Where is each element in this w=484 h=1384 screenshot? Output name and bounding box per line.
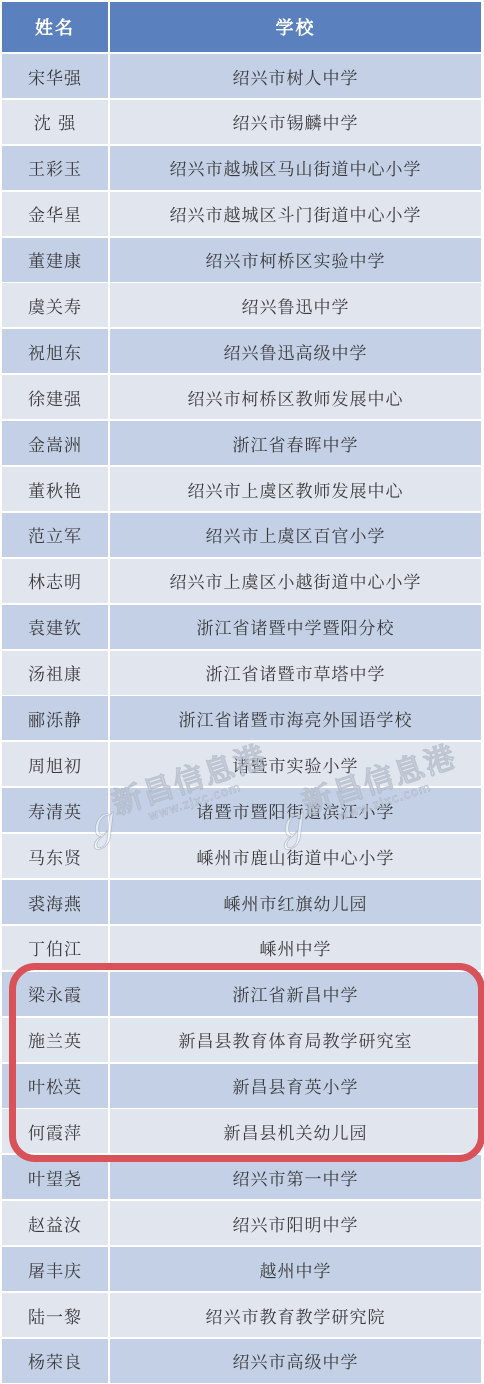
name-cell: 寿清英 bbox=[2, 788, 108, 832]
name-cell: 王彩玉 bbox=[2, 146, 108, 190]
school-cell: 绍兴市上虞区百官小学 bbox=[110, 513, 481, 557]
table-row: 沈 强绍兴市锡麟中学 bbox=[2, 100, 481, 144]
school-cell: 绍兴市教育教学研究院 bbox=[110, 1293, 481, 1337]
name-cell: 赵益汝 bbox=[2, 1201, 108, 1245]
table-row: 金华星绍兴市越城区斗门街道中心小学 bbox=[2, 192, 481, 236]
name-cell: 丁伯江 bbox=[2, 926, 108, 970]
name-cell: 施兰英 bbox=[2, 1018, 108, 1062]
table-row: 丁伯江嵊州中学 bbox=[2, 926, 481, 970]
table-row: 范立军绍兴市上虞区百官小学 bbox=[2, 513, 481, 557]
name-cell: 董秋艳 bbox=[2, 467, 108, 511]
table-row: 屠丰庆越州中学 bbox=[2, 1247, 481, 1291]
table-row: 陆一黎绍兴市教育教学研究院 bbox=[2, 1293, 481, 1337]
table-row: 施兰英新昌县教育体育局教学研究室 bbox=[2, 1018, 481, 1062]
name-cell: 梁永霞 bbox=[2, 972, 108, 1016]
table-row: 董秋艳绍兴市上虞区教师发展中心 bbox=[2, 467, 481, 511]
name-cell: 屠丰庆 bbox=[2, 1247, 108, 1291]
school-cell: 绍兴市高级中学 bbox=[110, 1339, 481, 1383]
name-cell: 马东贤 bbox=[2, 834, 108, 878]
name-cell: 袁建钦 bbox=[2, 605, 108, 649]
table-body: 宋华强绍兴市树人中学沈 强绍兴市锡麟中学王彩玉绍兴市越城区马山街道中心小学金华星… bbox=[2, 54, 481, 1383]
school-cell: 浙江省新昌中学 bbox=[110, 972, 481, 1016]
table-row: 金嵩洲浙江省春晖中学 bbox=[2, 421, 481, 465]
school-cell: 绍兴市锡麟中学 bbox=[110, 100, 481, 144]
name-cell: 宋华强 bbox=[2, 54, 108, 98]
school-cell: 嵊州中学 bbox=[110, 926, 481, 970]
name-cell: 汤祖康 bbox=[2, 651, 108, 695]
name-cell: 徐建强 bbox=[2, 375, 108, 419]
school-cell: 越州中学 bbox=[110, 1247, 481, 1291]
school-cell: 新昌县教育体育局教学研究室 bbox=[110, 1018, 481, 1062]
name-cell: 陆一黎 bbox=[2, 1293, 108, 1337]
table-row: 梁永霞浙江省新昌中学 bbox=[2, 972, 481, 1016]
name-cell: 郦泺静 bbox=[2, 696, 108, 740]
header-school: 学校 bbox=[110, 2, 481, 52]
name-cell: 林志明 bbox=[2, 559, 108, 603]
school-cell: 绍兴市越城区马山街道中心小学 bbox=[110, 146, 481, 190]
school-cell: 新昌县育英小学 bbox=[110, 1064, 481, 1108]
school-cell: 浙江省春晖中学 bbox=[110, 421, 481, 465]
school-cell: 绍兴鲁迅高级中学 bbox=[110, 329, 481, 373]
table-row: 周旭初诸暨市实验小学 bbox=[2, 742, 481, 786]
school-cell: 绍兴市上虞区教师发展中心 bbox=[110, 467, 481, 511]
teacher-school-table: 姓名 学校 宋华强绍兴市树人中学沈 强绍兴市锡麟中学王彩玉绍兴市越城区马山街道中… bbox=[2, 2, 481, 1384]
school-cell: 绍兴市柯桥区教师发展中心 bbox=[110, 375, 481, 419]
school-cell: 绍兴市树人中学 bbox=[110, 54, 481, 98]
name-cell: 虞关寿 bbox=[2, 283, 108, 327]
header-name: 姓名 bbox=[2, 2, 108, 52]
school-cell: 浙江省诸暨中学暨阳分校 bbox=[110, 605, 481, 649]
table-row: 祝旭东绍兴鲁迅高级中学 bbox=[2, 329, 481, 373]
table-row: 叶望尧绍兴市第一中学 bbox=[2, 1155, 481, 1199]
table-row: 宋华强绍兴市树人中学 bbox=[2, 54, 481, 98]
school-cell: 绍兴市上虞区小越街道中心小学 bbox=[110, 559, 481, 603]
name-cell: 杨荣良 bbox=[2, 1339, 108, 1383]
name-cell: 沈 强 bbox=[2, 100, 108, 144]
school-cell: 嵊州市鹿山街道中心小学 bbox=[110, 834, 481, 878]
table-row: 袁建钦浙江省诸暨中学暨阳分校 bbox=[2, 605, 481, 649]
school-cell: 浙江省诸暨市海亮外国语学校 bbox=[110, 696, 481, 740]
table-header-row: 姓名 学校 bbox=[2, 2, 481, 52]
school-cell: 绍兴市第一中学 bbox=[110, 1155, 481, 1199]
name-cell: 周旭初 bbox=[2, 742, 108, 786]
school-cell: 绍兴市柯桥区实验中学 bbox=[110, 238, 481, 282]
table-row: 徐建强绍兴市柯桥区教师发展中心 bbox=[2, 375, 481, 419]
table-row: 何霞萍新昌县机关幼儿园 bbox=[2, 1109, 481, 1153]
table-row: 王彩玉绍兴市越城区马山街道中心小学 bbox=[2, 146, 481, 190]
table-row: 赵益汝绍兴市阳明中学 bbox=[2, 1201, 481, 1245]
table-row: 马东贤嵊州市鹿山街道中心小学 bbox=[2, 834, 481, 878]
table-row: 虞关寿绍兴鲁迅中学 bbox=[2, 283, 481, 327]
table-row: 董建康绍兴市柯桥区实验中学 bbox=[2, 238, 481, 282]
school-cell: 嵊州市红旗幼儿园 bbox=[110, 880, 481, 924]
table-row: 杨荣良绍兴市高级中学 bbox=[2, 1339, 481, 1383]
name-cell: 叶望尧 bbox=[2, 1155, 108, 1199]
name-cell: 范立军 bbox=[2, 513, 108, 557]
name-cell: 金嵩洲 bbox=[2, 421, 108, 465]
school-cell: 诸暨市实验小学 bbox=[110, 742, 481, 786]
school-cell: 诸暨市暨阳街道滨江小学 bbox=[110, 788, 481, 832]
name-cell: 何霞萍 bbox=[2, 1109, 108, 1153]
name-cell: 董建康 bbox=[2, 238, 108, 282]
table-row: 汤祖康浙江省诸暨市草塔中学 bbox=[2, 651, 481, 695]
table-row: 郦泺静浙江省诸暨市海亮外国语学校 bbox=[2, 696, 481, 740]
name-cell: 金华星 bbox=[2, 192, 108, 236]
school-cell: 新昌县机关幼儿园 bbox=[110, 1109, 481, 1153]
name-cell: 祝旭东 bbox=[2, 329, 108, 373]
school-cell: 绍兴鲁迅中学 bbox=[110, 283, 481, 327]
school-cell: 绍兴市阳明中学 bbox=[110, 1201, 481, 1245]
table-row: 寿清英诸暨市暨阳街道滨江小学 bbox=[2, 788, 481, 832]
table-row: 裘海燕嵊州市红旗幼儿园 bbox=[2, 880, 481, 924]
name-cell: 裘海燕 bbox=[2, 880, 108, 924]
table-row: 叶松英新昌县育英小学 bbox=[2, 1064, 481, 1108]
school-cell: 绍兴市越城区斗门街道中心小学 bbox=[110, 192, 481, 236]
table-row: 林志明绍兴市上虞区小越街道中心小学 bbox=[2, 559, 481, 603]
name-cell: 叶松英 bbox=[2, 1064, 108, 1108]
school-cell: 浙江省诸暨市草塔中学 bbox=[110, 651, 481, 695]
